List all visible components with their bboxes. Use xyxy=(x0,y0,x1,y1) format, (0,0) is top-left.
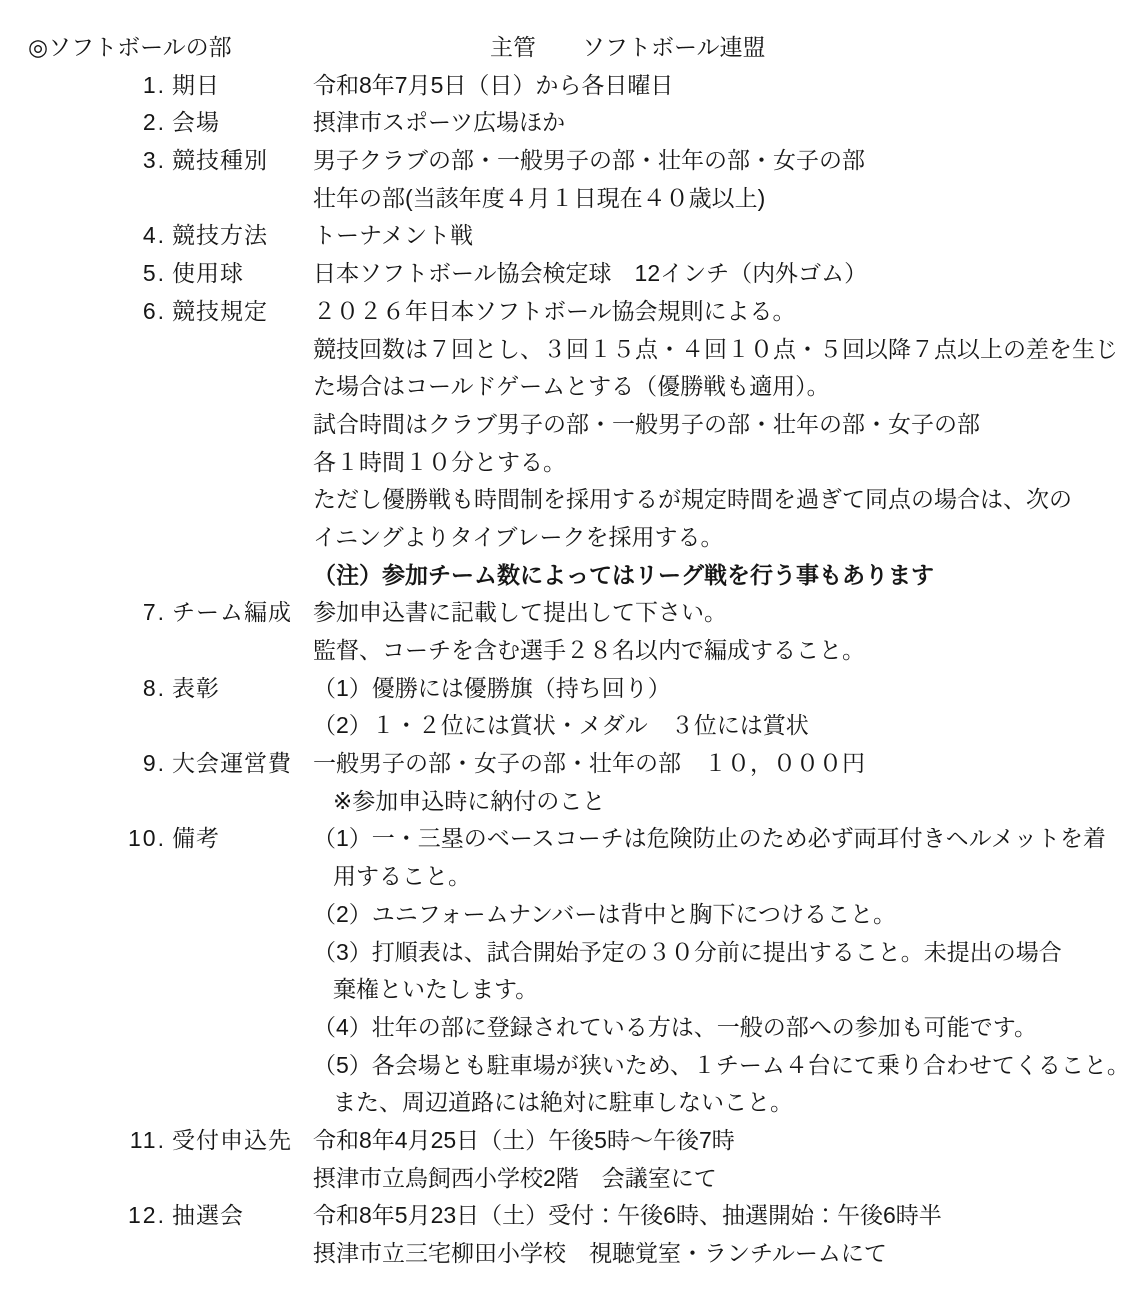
item-number: 4. xyxy=(118,217,166,255)
list-item: 12.抽選会令和8年5月23日（土）受付：午後6時、抽選開始：午後6時半摂津市立… xyxy=(0,1197,1146,1272)
item-line-text: 男子クラブの部・一般男子の部・壮年の部・女子の部 xyxy=(313,142,865,180)
item-line: ただし優勝戦も時間制を採用するが規定時間を過ぎて同点の場合は、次の xyxy=(0,481,1146,519)
list-item: 10.備考（1）一・三塁のベースコーチは危険防止のため必ず両耳付きヘルメットを着… xyxy=(0,820,1146,1122)
item-line-text: （1）一・三塁のベースコーチは危険防止のため必ず両耳付きヘルメットを着 xyxy=(313,820,1106,858)
item-line-text: （3）打順表は、試合開始予定の３０分前に提出すること。未提出の場合 xyxy=(313,934,1062,972)
items-list: 1.期日令和8年7月5日（日）から各日曜日2.会場摂津市スポーツ広場ほか3.競技… xyxy=(0,67,1146,1273)
item-line: 8.表彰（1）優勝には優勝旗（持ち回り） xyxy=(0,670,1146,708)
item-line-text: 試合時間はクラブ男子の部・一般男子の部・壮年の部・女子の部 xyxy=(313,406,980,444)
list-item: 3.競技種別男子クラブの部・一般男子の部・壮年の部・女子の部壮年の部(当該年度４… xyxy=(0,142,1146,217)
list-item: 9.大会運営費一般男子の部・女子の部・壮年の部 １０，０００円※参加申込時に納付… xyxy=(0,745,1146,820)
item-line-text: イニングよりタイブレークを採用する。 xyxy=(313,519,724,557)
item-line-text: 競技回数は７回とし、３回１５点・４回１０点・５回以降７点以上の差を生じ xyxy=(313,331,1118,369)
manager-label: 主管 xyxy=(490,34,536,60)
item-number: 5. xyxy=(118,255,166,293)
item-line-text: 摂津市立鳥飼西小学校2階 会議室にて xyxy=(313,1160,717,1198)
item-line: 5.使用球日本ソフトボール協会検定球 12インチ（内外ゴム） xyxy=(0,255,1146,293)
item-label: 競技方法 xyxy=(172,217,268,255)
item-line-text: 令和8年5月23日（土）受付：午後6時、抽選開始：午後6時半 xyxy=(313,1197,942,1235)
item-number: 10. xyxy=(118,820,166,858)
item-line: 壮年の部(当該年度４月１日現在４０歳以上) xyxy=(0,180,1146,218)
item-line-text: また、周辺道路には絶対に駐車しないこと。 xyxy=(333,1084,793,1122)
item-line: 2.会場摂津市スポーツ広場ほか xyxy=(0,104,1146,142)
item-number: 7. xyxy=(118,594,166,632)
document-page: ◎ソフトボールの部 主管ソフトボール連盟 1.期日令和8年7月5日（日）から各日… xyxy=(0,0,1146,1314)
list-item: 8.表彰（1）優勝には優勝旗（持ち回り）（2）１・２位には賞状・メダル ３位には… xyxy=(0,670,1146,745)
item-line-text: 一般男子の部・女子の部・壮年の部 １０，０００円 xyxy=(313,745,865,783)
item-line-text: 用すること。 xyxy=(333,858,471,896)
item-line: 10.備考（1）一・三塁のベースコーチは危険防止のため必ず両耳付きヘルメットを着 xyxy=(0,820,1146,858)
item-line: （5）各会場とも駐車場が狭いため、１チーム４台にて乗り合わせてくること。 xyxy=(0,1047,1146,1085)
item-line: 棄権といたします。 xyxy=(0,971,1146,1009)
item-line: 6.競技規定２０２６年日本ソフトボール協会規則による。 xyxy=(0,293,1146,331)
list-item: 11.受付申込先令和8年4月25日（土）午後5時～午後7時摂津市立鳥飼西小学校2… xyxy=(0,1122,1146,1197)
item-number: 12. xyxy=(118,1197,166,1235)
manager-line: 主管ソフトボール連盟 xyxy=(490,29,766,67)
item-label: 受付申込先 xyxy=(172,1122,292,1160)
list-item: 7.チーム編成参加申込書に記載して提出して下さい。監督、コーチを含む選手２８名以… xyxy=(0,594,1146,669)
item-line: た場合はコールドゲームとする（優勝戦も適用）。 xyxy=(0,368,1146,406)
item-line: イニングよりタイブレークを採用する。 xyxy=(0,519,1146,557)
item-label: 期日 xyxy=(172,67,220,105)
item-line: 1.期日令和8年7月5日（日）から各日曜日 xyxy=(0,67,1146,105)
item-label: 抽選会 xyxy=(172,1197,244,1235)
item-number: 9. xyxy=(118,745,166,783)
item-line: 摂津市立鳥飼西小学校2階 会議室にて xyxy=(0,1160,1146,1198)
item-line: 9.大会運営費一般男子の部・女子の部・壮年の部 １０，０００円 xyxy=(0,745,1146,783)
item-line-text: （2）ユニフォームナンバーは背中と胸下につけること。 xyxy=(313,896,896,934)
item-label: 競技規定 xyxy=(172,293,268,331)
item-line: 監督、コーチを含む選手２８名以内で編成すること。 xyxy=(0,632,1146,670)
item-line: 4.競技方法トーナメント戦 xyxy=(0,217,1146,255)
item-line-text: 参加申込書に記載して提出して下さい。 xyxy=(313,594,727,632)
item-line-text: 監督、コーチを含む選手２８名以内で編成すること。 xyxy=(313,632,865,670)
item-number: 2. xyxy=(118,104,166,142)
item-line: 12.抽選会令和8年5月23日（土）受付：午後6時、抽選開始：午後6時半 xyxy=(0,1197,1146,1235)
item-line-text: 令和8年4月25日（土）午後5時～午後7時 xyxy=(313,1122,735,1160)
item-line: 11.受付申込先令和8年4月25日（土）午後5時～午後7時 xyxy=(0,1122,1146,1160)
item-number: 11. xyxy=(118,1122,166,1160)
item-line-text: （5）各会場とも駐車場が狭いため、１チーム４台にて乗り合わせてくること。 xyxy=(313,1047,1130,1085)
list-item: 5.使用球日本ソフトボール協会検定球 12インチ（内外ゴム） xyxy=(0,255,1146,293)
item-line-text: （2）１・２位には賞状・メダル ３位には賞状 xyxy=(313,707,809,745)
item-label: 競技種別 xyxy=(172,142,268,180)
item-line: ※参加申込時に納付のこと xyxy=(0,783,1146,821)
item-line: （3）打順表は、試合開始予定の３０分前に提出すること。未提出の場合 xyxy=(0,934,1146,972)
item-number: 6. xyxy=(118,293,166,331)
item-line: （注）参加チーム数によってはリーグ戦を行う事もあります xyxy=(0,557,1146,595)
item-line-text: 令和8年7月5日（日）から各日曜日 xyxy=(313,67,673,105)
item-line-text: （4）壮年の部に登録されている方は、一般の部への参加も可能です。 xyxy=(313,1009,1037,1047)
page-title: ◎ソフトボールの部 xyxy=(28,29,232,67)
list-item: 2.会場摂津市スポーツ広場ほか xyxy=(0,104,1146,142)
item-line-text: た場合はコールドゲームとする（優勝戦も適用）。 xyxy=(313,368,830,406)
list-item: 6.競技規定２０２６年日本ソフトボール協会規則による。競技回数は７回とし、３回１… xyxy=(0,293,1146,595)
item-line: 競技回数は７回とし、３回１５点・４回１０点・５回以降７点以上の差を生じ xyxy=(0,331,1146,369)
item-line-text: 各１時間１０分とする。 xyxy=(313,444,566,482)
list-item: 1.期日令和8年7月5日（日）から各日曜日 xyxy=(0,67,1146,105)
item-line: （4）壮年の部に登録されている方は、一般の部への参加も可能です。 xyxy=(0,1009,1146,1047)
item-line: 試合時間はクラブ男子の部・一般男子の部・壮年の部・女子の部 xyxy=(0,406,1146,444)
list-item: 4.競技方法トーナメント戦 xyxy=(0,217,1146,255)
item-number: 3. xyxy=(118,142,166,180)
item-line-text: 摂津市立三宅柳田小学校 視聴覚室・ランチルームにて xyxy=(313,1235,887,1273)
document-header: ◎ソフトボールの部 主管ソフトボール連盟 xyxy=(0,29,1146,67)
item-label: 使用球 xyxy=(172,255,244,293)
item-line-text: ただし優勝戦も時間制を採用するが規定時間を過ぎて同点の場合は、次の xyxy=(313,481,1072,519)
item-line: 3.競技種別男子クラブの部・一般男子の部・壮年の部・女子の部 xyxy=(0,142,1146,180)
item-label: 大会運営費 xyxy=(172,745,292,783)
item-line: （2）ユニフォームナンバーは背中と胸下につけること。 xyxy=(0,896,1146,934)
item-line: 摂津市立三宅柳田小学校 視聴覚室・ランチルームにて xyxy=(0,1235,1146,1273)
item-line-text: （1）優勝には優勝旗（持ち回り） xyxy=(313,670,671,708)
item-line-text: ※参加申込時に納付のこと xyxy=(333,783,605,821)
item-line: また、周辺道路には絶対に駐車しないこと。 xyxy=(0,1084,1146,1122)
item-line-text: 摂津市スポーツ広場ほか xyxy=(313,104,565,142)
item-label: 表彰 xyxy=(172,670,220,708)
item-line-text: 壮年の部(当該年度４月１日現在４０歳以上) xyxy=(313,180,765,218)
item-number: 1. xyxy=(118,67,166,105)
item-line-text: ２０２６年日本ソフトボール協会規則による。 xyxy=(313,293,796,331)
item-line: （2）１・２位には賞状・メダル ３位には賞状 xyxy=(0,707,1146,745)
item-label: 備考 xyxy=(172,820,220,858)
item-line-text: （注）参加チーム数によってはリーグ戦を行う事もあります xyxy=(313,557,934,595)
item-line: 7.チーム編成参加申込書に記載して提出して下さい。 xyxy=(0,594,1146,632)
item-line: 用すること。 xyxy=(0,858,1146,896)
item-line-text: 棄権といたします。 xyxy=(333,971,538,1009)
manager-value: ソフトボール連盟 xyxy=(582,34,766,60)
item-label: チーム編成 xyxy=(172,594,292,632)
item-line-text: 日本ソフトボール協会検定球 12インチ（内外ゴム） xyxy=(313,255,867,293)
item-label: 会場 xyxy=(172,104,220,142)
item-line: 各１時間１０分とする。 xyxy=(0,444,1146,482)
item-number: 8. xyxy=(118,670,166,708)
item-line-text: トーナメント戦 xyxy=(313,217,473,255)
